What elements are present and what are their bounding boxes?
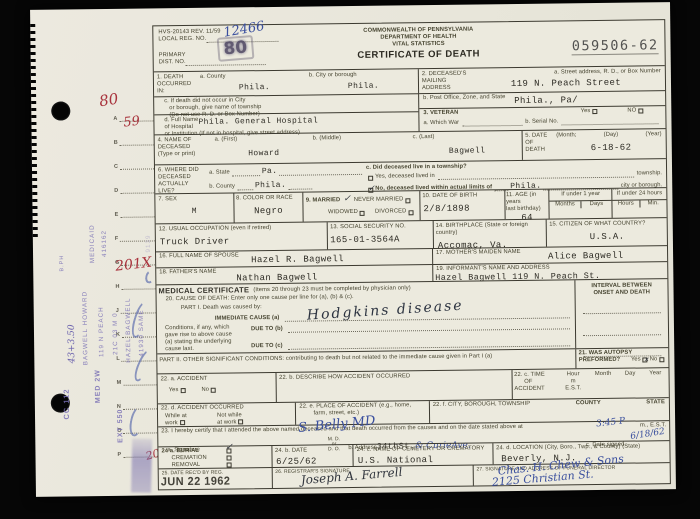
margin-handwritten-sum: 43+3.50	[66, 267, 77, 363]
certificate-number-stamp: 059506-62	[572, 37, 659, 55]
margin-handwritten-80: 80	[98, 90, 120, 111]
not-at-work-checkbox	[238, 419, 243, 424]
residence-county-value: Phila.	[255, 181, 286, 190]
accident-yes-checkbox	[180, 388, 185, 393]
hole-punch-top	[51, 101, 70, 120]
margin-stamp-number: 416162	[100, 197, 108, 257]
never-married-checkbox	[405, 198, 410, 203]
certificate-title: CERTIFICATE OF DEATH	[312, 48, 526, 62]
date-of-death-value: 6-18-62	[556, 142, 666, 153]
burial-checkbox: ✓	[226, 448, 231, 453]
perforated-edge	[30, 24, 38, 239]
margin-stamp-ext: EXT 550	[117, 385, 125, 443]
margin-scribble	[131, 348, 155, 384]
margin-scribble	[144, 270, 156, 285]
margin-stamp-medicaid: MEDICAID	[88, 197, 96, 263]
death-certificate-form: HVS-20143 REV. 11/59 LOCAL REG. NO. PRIM…	[152, 19, 671, 490]
veteran-yes-checkbox	[592, 109, 597, 114]
autopsy-no-checkbox	[659, 357, 664, 362]
ink-smudge	[131, 438, 152, 492]
margin-stamp-name: BAGWELL HOWARD	[81, 271, 89, 365]
medical-certificate-title: MEDICAL CERTIFICATE	[158, 285, 249, 295]
margin-stamp-cc112: CC 112	[61, 361, 71, 419]
married-checkmark: ✓	[343, 194, 351, 204]
primary-dist-stamp: 80	[217, 35, 255, 62]
date-of-birth-value: 2/8/1898	[423, 203, 504, 214]
medical-certificate-section: MEDICAL CERTIFICATE(Items 20 through 23 …	[156, 278, 668, 353]
margin-stamp-med: MED 2W	[94, 365, 101, 403]
city-value: Phila.	[309, 81, 418, 91]
form-header: HVS-20143 REV. 11/59 LOCAL REG. NO. PRIM…	[153, 20, 665, 71]
street-address-value: 119 N. Peach Street	[467, 77, 665, 89]
mother-maiden-value: Alice Bagwell	[548, 251, 624, 262]
post-office-value: Phila., Pa/	[514, 95, 578, 106]
accident-no-checkbox	[211, 388, 216, 393]
first-name-value: Howard	[215, 148, 313, 158]
county-value: Phila.	[200, 82, 309, 92]
while-at-work-checkbox	[180, 420, 185, 425]
autopsy-yes-checkbox: ✕	[643, 357, 648, 362]
margin-stamp-ghost: 9139	[144, 202, 152, 252]
veteran-no-checkbox	[638, 108, 643, 113]
margin-stamp-address: 119 N PEACH	[97, 275, 105, 357]
state-value: Pa.	[262, 167, 278, 176]
widowed-checkbox	[360, 211, 365, 216]
divorced-checkbox	[408, 210, 413, 215]
township-yes-checkbox	[368, 176, 373, 181]
ssn-value: 165-01-3564A	[330, 234, 433, 245]
spouse-value: Hazel R. Bagwell	[251, 254, 344, 265]
cremation-checkbox	[227, 455, 232, 460]
margin-stamp-code: 21C 03 M 0	[111, 277, 119, 355]
margin-handwritten-59: 59	[123, 114, 141, 131]
hospital-value: Phila. General Hospital	[198, 116, 318, 126]
occupation-value: Truck Driver	[160, 235, 327, 247]
margin-stamp-spouse: HAZEL BAGWELL	[124, 271, 132, 363]
date-received-stamp: JUN 22 1962	[161, 475, 266, 488]
sex-value: M	[155, 206, 233, 216]
row-death-occurred: 1. DEATHOCCURREDIN: a. CountyPhila. b. C…	[154, 65, 666, 134]
margin-stamp-bph: B.PH	[59, 246, 65, 272]
last-name-value: Bagwell	[413, 146, 522, 156]
certificate-paper: A B C D E F G H J K L M N O P 80 59 201X…	[30, 2, 676, 497]
race-value: Negro	[234, 206, 303, 217]
citizen-value: U.S.A.	[547, 231, 667, 242]
